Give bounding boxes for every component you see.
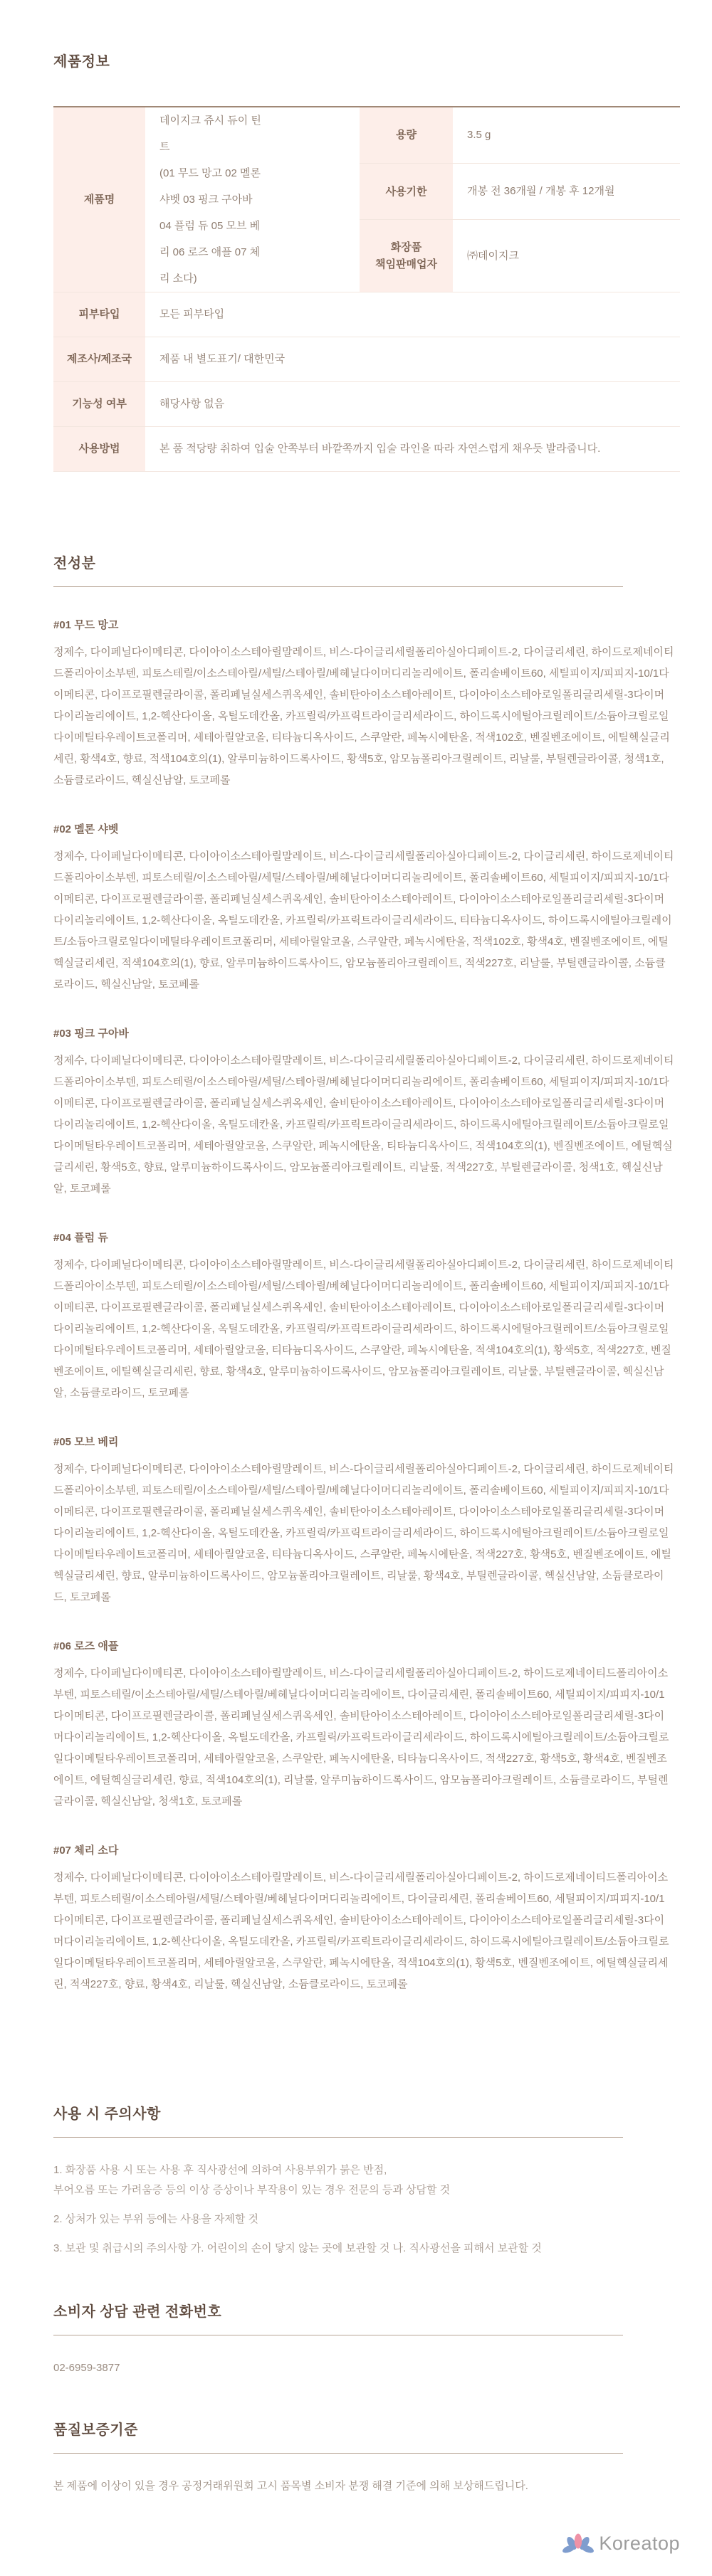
section-divider — [53, 2453, 623, 2454]
warranty-text: 본 제품에 이상이 있을 경우 공정거래위원회 고시 품목별 소비자 분쟁 해결… — [53, 2478, 680, 2495]
variant-name: #06 로즈 애플 — [53, 1638, 680, 1653]
variant-name: #02 멜론 샤벳 — [53, 821, 680, 836]
variant-name: #01 무드 망고 — [53, 617, 680, 632]
section-divider — [53, 2137, 623, 2138]
variant-ingredients: 정제수, 다이페닐다이메티콘, 다이아이소스테아릴말레이트, 비스-다이글리세릴… — [53, 846, 674, 996]
caution-item: 1. 화장품 사용 시 또는 사용 후 직사광선에 의하여 사용부위가 붉은 반… — [53, 2160, 680, 2200]
caution-item: 3. 보관 및 취급시의 주의사항 가. 어린이의 손이 닿지 않는 곳에 보관… — [53, 2239, 680, 2259]
table-row: 제조사/제조국 제품 내 별도표기/ 대한민국 — [53, 337, 680, 382]
table-row: 사용방법 본 품 적당량 취하여 입술 안쪽부터 바깥쪽까지 입술 라인을 따라… — [53, 427, 680, 472]
table-row: 피부타입 모든 피부타입 — [53, 292, 680, 337]
capacity-value: 3.5 g — [453, 107, 680, 163]
variant-ingredients: 정제수, 다이페닐다이메티콘, 다이아이소스테아릴말레이트, 비스-다이글리세릴… — [53, 1050, 674, 1200]
product-name-label: 제품명 — [53, 107, 145, 292]
product-name-value: 데이지크 쥬시 듀이 틴트 (01 무드 망고 02 멜론 샤벳 03 핑크 구… — [145, 107, 360, 292]
customer-phone-number: 02-6959-3877 — [53, 2360, 680, 2377]
table-row: 용량 3.5 g — [360, 107, 680, 164]
variant-ingredients: 정제수, 다이페닐다이메티콘, 다이아이소스테아릴말레이트, 비스-다이글리세릴… — [53, 1255, 674, 1404]
table-row: 화장품 책임판매업자 ㈜데이지크 — [360, 220, 680, 292]
variant-name: #07 체리 소다 — [53, 1842, 680, 1857]
koreatop-logo: Koreatop — [562, 2532, 680, 2555]
product-info-section: 제품정보 제품명 데이지크 쥬시 듀이 틴트 (01 무드 망고 02 멜론 샤… — [53, 50, 680, 472]
section-divider — [53, 586, 623, 587]
distributor-value: ㈜데이지크 — [453, 220, 680, 292]
ingredients-title: 전성분 — [53, 551, 680, 572]
variant-ingredients: 정제수, 다이페닐다이메티콘, 다이아이소스테아릴말레이트, 비스-다이글리세릴… — [53, 1459, 674, 1608]
customer-phone-title: 소비자 상담 관련 전화번호 — [53, 2300, 680, 2321]
cautions-title: 사용 시 주의사항 — [53, 2102, 680, 2123]
table-row: 사용기한 개봉 전 36개월 / 개봉 후 12개월 — [360, 164, 680, 220]
table-row: 기능성 여부 해당사항 없음 — [53, 382, 680, 427]
shelf-life-value: 개봉 전 36개월 / 개봉 후 12개월 — [453, 164, 680, 219]
manufacturer-label: 제조사/제조국 — [53, 337, 145, 381]
product-info-table: 제품명 데이지크 쥬시 듀이 틴트 (01 무드 망고 02 멜론 샤벳 03 … — [53, 106, 680, 472]
skin-type-label: 피부타입 — [53, 292, 145, 337]
shelf-life-label: 사용기한 — [360, 164, 453, 219]
usage-value: 본 품 적당량 취하여 입술 안쪽부터 바깥쪽까지 입술 라인을 따라 자연스럽… — [145, 427, 680, 471]
product-detail-page: 제품정보 제품명 데이지크 쥬시 듀이 틴트 (01 무드 망고 02 멜론 샤… — [53, 0, 680, 2576]
cautions-section: 사용 시 주의사항 1. 화장품 사용 시 또는 사용 후 직사광선에 의하여 … — [53, 2102, 680, 2259]
functional-value: 해당사항 없음 — [145, 382, 680, 426]
usage-label: 사용방법 — [53, 427, 145, 471]
table-right-rows: 용량 3.5 g 사용기한 개봉 전 36개월 / 개봉 후 12개월 화장품 … — [360, 107, 680, 292]
footer: Koreatop — [53, 2532, 680, 2555]
functional-label: 기능성 여부 — [53, 382, 145, 426]
capacity-label: 용량 — [360, 107, 453, 163]
lotus-icon — [562, 2532, 594, 2555]
caution-list: 1. 화장품 사용 시 또는 사용 후 직사광선에 의하여 사용부위가 붉은 반… — [53, 2160, 680, 2259]
customer-phone-section: 소비자 상담 관련 전화번호 02-6959-3877 — [53, 2300, 680, 2377]
variant-name: #04 플럼 듀 — [53, 1230, 680, 1245]
variant-ingredients: 정제수, 다이페닐다이메티콘, 다이아이소스테아릴말레이트, 비스-다이글리세릴… — [53, 1663, 674, 1812]
variant-name: #05 모브 베리 — [53, 1434, 680, 1449]
section-divider — [53, 2335, 623, 2335]
table-row: 제품명 데이지크 쥬시 듀이 틴트 (01 무드 망고 02 멜론 샤벳 03 … — [53, 107, 680, 292]
warranty-title: 품질보증기준 — [53, 2418, 680, 2439]
distributor-label: 화장품 책임판매업자 — [360, 220, 453, 292]
caution-item: 2. 상처가 있는 부위 등에는 사용을 자제할 것 — [53, 2210, 680, 2229]
warranty-section: 품질보증기준 본 제품에 이상이 있을 경우 공정거래위원회 고시 품목별 소비… — [53, 2418, 680, 2495]
variant-ingredients: 정제수, 다이페닐다이메티콘, 다이아이소스테아릴말레이트, 비스-다이글리세릴… — [53, 1867, 674, 1995]
product-info-title: 제품정보 — [53, 50, 680, 70]
skin-type-value: 모든 피부타입 — [145, 292, 680, 337]
logo-text: Koreatop — [599, 2533, 680, 2555]
manufacturer-value: 제품 내 별도표기/ 대한민국 — [145, 337, 680, 381]
variant-ingredients: 정제수, 다이페닐다이메티콘, 다이아이소스테아릴말레이트, 비스-다이글리세릴… — [53, 642, 674, 791]
variant-name: #03 핑크 구아바 — [53, 1025, 680, 1040]
ingredients-section: 전성분 #01 무드 망고 정제수, 다이페닐다이메티콘, 다이아이소스테아릴말… — [53, 551, 680, 1995]
